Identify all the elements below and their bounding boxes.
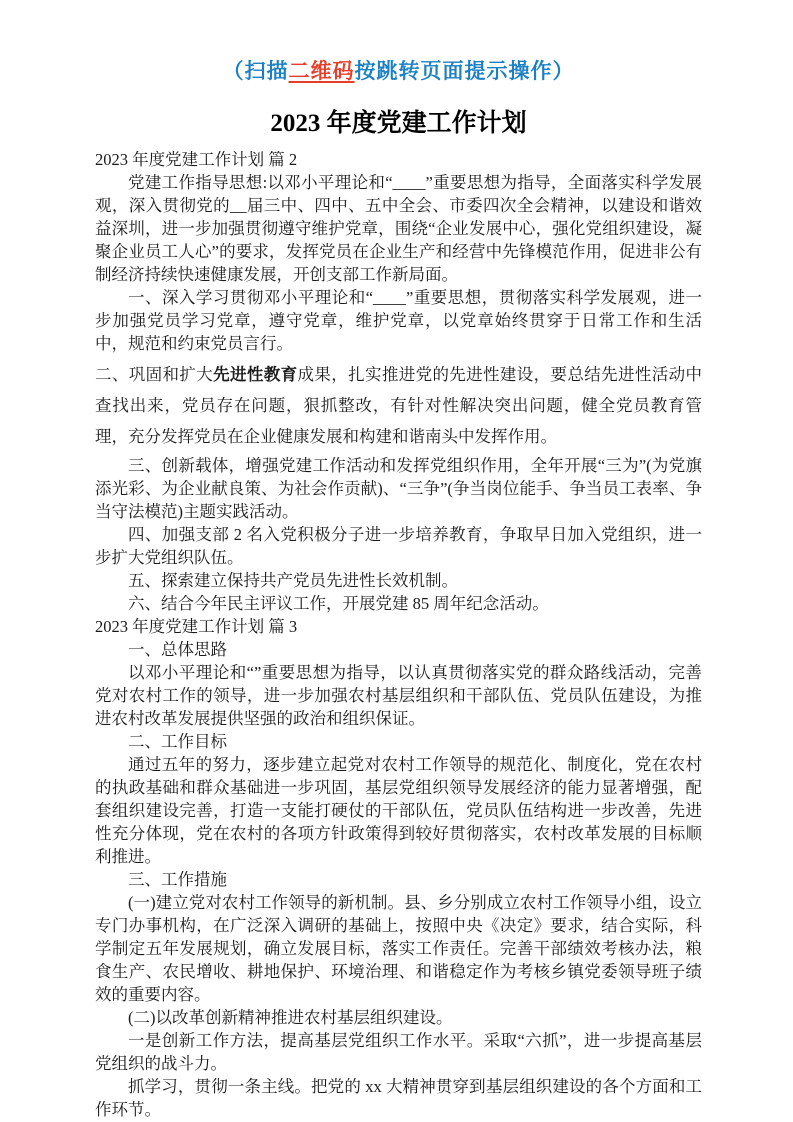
paragraphs: 2023 年度党建工作计划 篇 2党建工作指导思想:以邓小平理论和“____”重… xyxy=(95,148,702,1121)
paragraph: 三、创新载体，增强党建工作活动和发挥党组织作用，全年开展“三为”(为党旗添光彩、… xyxy=(95,454,702,523)
text-segment: 三、工作措施 xyxy=(128,870,227,889)
paragraph: 通过五年的努力，逐步建立起党对农村工作领导的规范化、制度化，党在农村的执政基础和… xyxy=(95,753,702,868)
text-segment: 一是创新工作方法，提高基层党组织工作水平。采取“六抓”，进一步提高基层党组织的战… xyxy=(95,1031,702,1073)
text-segment: 通过五年的努力，逐步建立起党对农村工作领导的规范化、制度化，党在农村的执政基础和… xyxy=(95,755,702,866)
header-note-qrcode-link[interactable]: 二维码 xyxy=(289,60,355,83)
paragraph: 抓学习，贯彻一条主线。把党的 xx 大精神贯穿到基层组织建设的各个方面和工作环节… xyxy=(95,1075,702,1121)
text-segment: 二、巩固和扩大 xyxy=(95,365,213,384)
text-segment: 三、创新载体，增强党建工作活动和发挥党组织作用，全年开展“三为”(为党旗添光彩、… xyxy=(95,456,702,521)
paragraph: (一)建立党对农村工作领导的新机制。县、乡分别成立农村工作领导小组，设立专门办事… xyxy=(95,891,702,1006)
header-note-suffix: 按跳转页面提示操作） xyxy=(355,60,575,83)
header-note-prefix: （扫描 xyxy=(223,60,289,83)
document-title: 2023 年度党建工作计划 xyxy=(95,107,702,141)
paragraph: 党建工作指导思想:以邓小平理论和“____”重要思想为指导，全面落实科学发展观，… xyxy=(95,171,702,286)
document-page: （扫描二维码按跳转页面提示操作） 2023 年度党建工作计划 2023 年度党建… xyxy=(0,0,793,1122)
paragraph: 一、总体思路 xyxy=(95,638,702,661)
text-segment: 四、加强支部 2 名入党积极分子进一步培养教育，争取早日加入党组织，进一步扩大党… xyxy=(95,525,702,567)
text-segment: (一)建立党对农村工作领导的新机制。县、乡分别成立农村工作领导小组，设立专门办事… xyxy=(95,893,702,1004)
paragraph: 五、探索建立保持共产党员先进性长效机制。 xyxy=(95,569,702,592)
section-label: 2023 年度党建工作计划 篇 2 xyxy=(95,148,702,171)
section-label: 2023 年度党建工作计划 篇 3 xyxy=(95,615,702,638)
text-segment: 五、探索建立保持共产党员先进性长效机制。 xyxy=(128,571,458,590)
text-segment: 以邓小平理论和“”重要思想为指导，以认真贯彻落实党的群众路线活动，完善党对农村工… xyxy=(95,663,702,728)
text-segment: 2023 年度党建工作计划 篇 2 xyxy=(95,150,297,169)
paragraph: 六、结合今年民主评议工作，开展党建 85 周年纪念活动。 xyxy=(95,592,702,615)
text-segment: 党建工作指导思想:以邓小平理论和“____”重要思想为指导，全面落实科学发展观，… xyxy=(95,173,702,284)
text-segment: 2023 年度党建工作计划 篇 3 xyxy=(95,617,297,636)
paragraph: 一是创新工作方法，提高基层党组织工作水平。采取“六抓”，进一步提高基层党组织的战… xyxy=(95,1029,702,1075)
text-segment: 一、深入学习贯彻邓小平理论和“____”重要思想，贯彻落实科学发展观，进一步加强… xyxy=(95,288,702,353)
paragraph: 二、工作目标 xyxy=(95,730,702,753)
paragraph: 以邓小平理论和“”重要思想为指导，以认真贯彻落实党的群众路线活动，完善党对农村工… xyxy=(95,661,702,730)
paragraph: 三、工作措施 xyxy=(95,868,702,891)
text-segment: 六、结合今年民主评议工作，开展党建 85 周年纪念活动。 xyxy=(128,594,549,613)
text-segment: 二、工作目标 xyxy=(128,732,227,751)
text-segment: 一、总体思路 xyxy=(128,640,227,659)
paragraph: 二、巩固和扩大先进性教育成果，扎实推进党的先进性建设，要总结先进性活动中查找出来… xyxy=(95,359,702,452)
paragraph: 一、深入学习贯彻邓小平理论和“____”重要思想，贯彻落实科学发展观，进一步加强… xyxy=(95,286,702,355)
text-segment-bold: 先进性教育 xyxy=(213,365,297,384)
paragraph: (二)以改革创新精神推进农村基层组织建设。 xyxy=(95,1006,702,1029)
text-segment: (二)以改革创新精神推进农村基层组织建设。 xyxy=(128,1008,453,1027)
paragraph: 四、加强支部 2 名入党积极分子进一步培养教育，争取早日加入党组织，进一步扩大党… xyxy=(95,523,702,569)
text-segment: 抓学习，贯彻一条主线。把党的 xx 大精神贯穿到基层组织建设的各个方面和工作环节… xyxy=(95,1077,702,1119)
header-note: （扫描二维码按跳转页面提示操作） xyxy=(95,58,702,86)
